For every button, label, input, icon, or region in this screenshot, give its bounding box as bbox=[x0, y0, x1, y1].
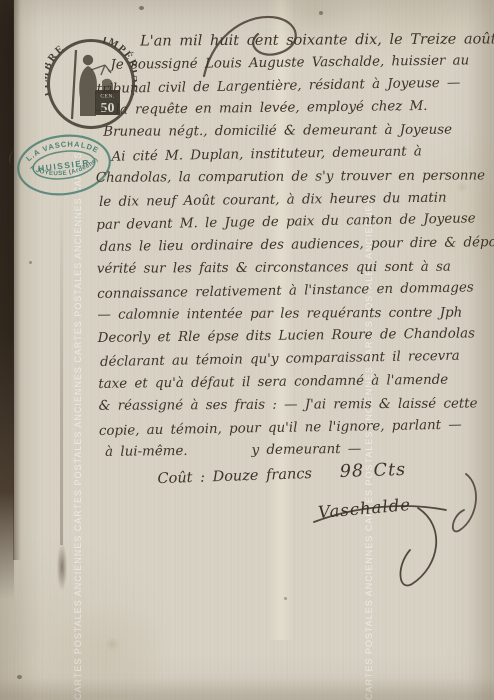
manuscript-line: — calomnie intentée par les requérants c… bbox=[97, 302, 485, 327]
manuscript-line: Chandolas, la comparution de s'y trouver… bbox=[96, 165, 484, 190]
book-gutter-shadow bbox=[0, 0, 14, 600]
signature-flourish bbox=[300, 492, 472, 596]
ink-speck bbox=[29, 261, 32, 264]
cost-label: Coût : Douze francs bbox=[157, 466, 312, 487]
gutter-soft-edge bbox=[13, 0, 21, 560]
closing-right-text: y demeurant — bbox=[251, 439, 361, 463]
vertical-crease-line bbox=[60, 185, 63, 545]
margin-mark: ( bbox=[8, 148, 14, 166]
ink-speck bbox=[284, 597, 287, 600]
document-scan: CARTES POSTALES ANCIENNES CARTES POSTALE… bbox=[0, 0, 494, 700]
foxing-stain bbox=[455, 182, 469, 192]
ink-speck bbox=[139, 6, 144, 10]
ink-speck bbox=[319, 11, 323, 15]
closing-left-text: à lui-même. bbox=[99, 441, 188, 465]
ink-speck bbox=[17, 675, 22, 679]
cost-amount: 98 Cts bbox=[340, 460, 407, 482]
foxing-stain bbox=[104, 638, 120, 650]
crease-dark-patch bbox=[56, 536, 68, 598]
watermark-column-left: CARTES POSTALES ANCIENNES CARTES POSTALE… bbox=[73, 142, 86, 700]
revenue-stamp-left-arc-label: TIMBRE bbox=[45, 43, 67, 100]
manuscript-line: L'an mil huit cent soixante dix, le Trei… bbox=[94, 28, 482, 53]
svg-text:TIMBRE: TIMBRE bbox=[45, 43, 67, 100]
manuscript-body: L'an mil huit cent soixante dix, le Trei… bbox=[94, 27, 488, 489]
